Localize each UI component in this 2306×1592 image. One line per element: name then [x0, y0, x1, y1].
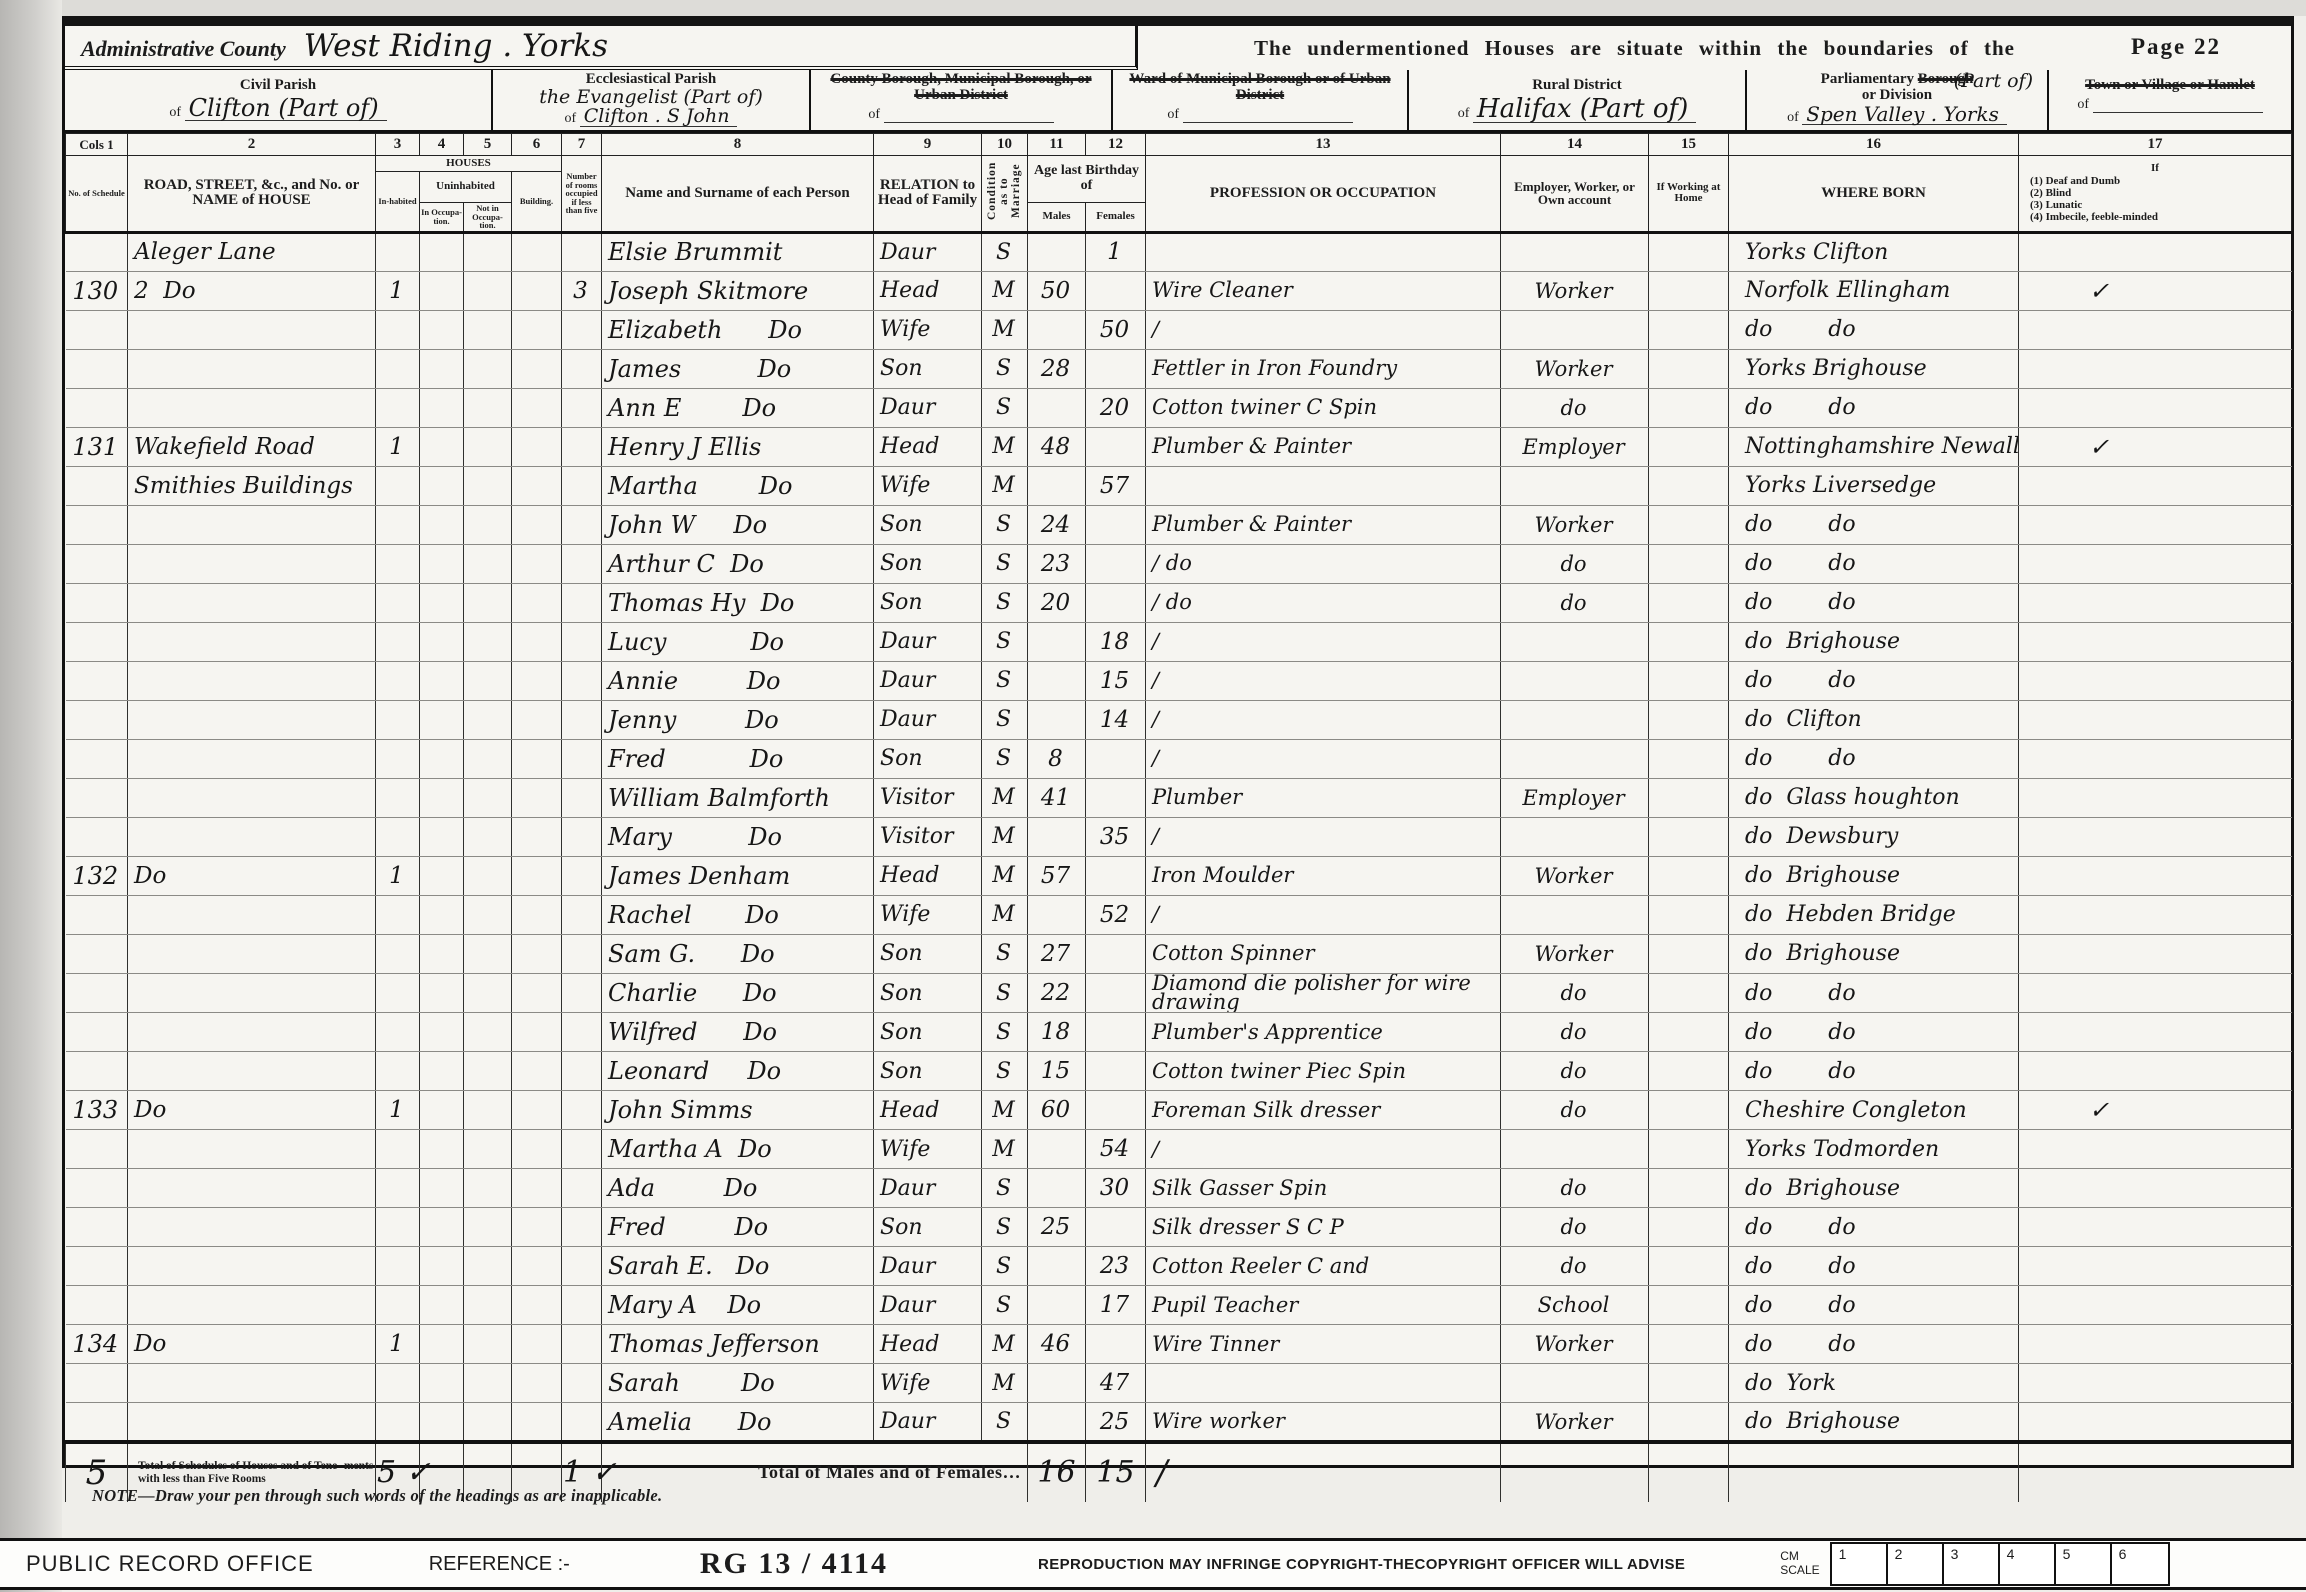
cell-infirmity: [2019, 778, 2292, 817]
cell-home: [1649, 856, 1729, 895]
cell-schedule: [66, 1052, 128, 1091]
cell-infirmity: [2019, 1286, 2292, 1325]
cell-condition: S: [982, 1208, 1028, 1247]
cell-inhabited: [376, 1013, 420, 1052]
cell-not-occupation: [464, 1013, 512, 1052]
col-num: 5: [464, 134, 512, 156]
cell-home: [1649, 739, 1729, 778]
cell-road: [128, 1169, 376, 1208]
cell-not-occupation: [464, 856, 512, 895]
cell-in-occupation: [420, 700, 464, 739]
pro-office-label: PUBLIC RECORD OFFICE: [26, 1551, 314, 1577]
cell-relation: Daur: [874, 1286, 982, 1325]
cell-inhabited: [376, 505, 420, 544]
cm-ruler: 1 2 3 4 5 6: [1830, 1542, 2170, 1586]
cell-road: [128, 661, 376, 700]
cell-inhabited: [376, 934, 420, 973]
table-row: Aleger LaneElsie BrummitDaurS1Yorks Clif…: [66, 232, 2292, 271]
cell-building: [512, 349, 562, 388]
cell-age-f: [1086, 583, 1146, 622]
of-prefix: of: [1167, 107, 1179, 122]
cell-schedule: 131: [66, 427, 128, 466]
cell-name: Thomas Jefferson: [602, 1325, 874, 1364]
cell-occupation: Cotton twiner Piec Spin: [1146, 1052, 1501, 1091]
cell-age-m: [1028, 1247, 1086, 1286]
cell-age-m: 60: [1028, 1091, 1086, 1130]
header-infirmity-item-4: (4) Imbecile, feeble-minded: [2020, 211, 2290, 223]
cell-in-occupation: [420, 427, 464, 466]
cell-in-occupation: [420, 1364, 464, 1403]
cell-rooms: [562, 505, 602, 544]
cell-name: James Do: [602, 349, 874, 388]
cell-age-f: [1086, 427, 1146, 466]
cell-schedule: [66, 1013, 128, 1052]
cell-inhabited: [376, 700, 420, 739]
cell-employer: [1501, 661, 1649, 700]
cell-name: Fred Do: [602, 1208, 874, 1247]
cell-schedule: [66, 700, 128, 739]
cell-age-m: [1028, 310, 1086, 349]
cell-employer: Worker: [1501, 349, 1649, 388]
cell-born: do Brighouse: [1729, 934, 2019, 973]
cell-in-occupation: [420, 661, 464, 700]
cell-in-occupation: [420, 466, 464, 505]
cell-home: [1649, 1247, 1729, 1286]
table-row: Fred DoSonS8∕do do: [66, 739, 2292, 778]
cell-born: do do: [1729, 1325, 2019, 1364]
cell-home: [1649, 778, 1729, 817]
cell-rooms: [562, 661, 602, 700]
cell-relation: Son: [874, 505, 982, 544]
cell-age-m: 23: [1028, 544, 1086, 583]
ecclesiastical-parish-value: Clifton . S John: [580, 107, 738, 127]
county-borough-box: County Borough, Municipal Borough, or Ur…: [811, 70, 1113, 130]
ecclesiastical-parish-box: Ecclesiastical Parish the Evangelist (Pa…: [493, 70, 811, 130]
table-row: Elizabeth DoWifeM50∕do do: [66, 310, 2292, 349]
cell-condition: M: [982, 1325, 1028, 1364]
cell-born: do Brighouse: [1729, 856, 2019, 895]
cell-in-occupation: [420, 817, 464, 856]
cell-building: [512, 271, 562, 310]
header-road: ROAD, STREET, &c., and No. or NAME of HO…: [128, 156, 376, 233]
cell-in-occupation: [420, 349, 464, 388]
table-row: Amelia DoDaurS25Wire workerWorkerdo Brig…: [66, 1403, 2292, 1442]
cell-road: [128, 544, 376, 583]
town-village-label: Town or Village or Hamlet: [2049, 72, 2291, 94]
cell-not-occupation: [464, 349, 512, 388]
cell-rooms: [562, 427, 602, 466]
cell-inhabited: 1: [376, 427, 420, 466]
cell-relation: Son: [874, 1013, 982, 1052]
cell-in-occupation: [420, 271, 464, 310]
cell-age-m: [1028, 388, 1086, 427]
cell-infirmity: [2019, 583, 2292, 622]
cell-age-f: 14: [1086, 700, 1146, 739]
cell-occupation: ∕: [1146, 895, 1501, 934]
cell-age-m: 8: [1028, 739, 1086, 778]
cell-building: [512, 1208, 562, 1247]
cell-schedule: [66, 622, 128, 661]
cell-age-f: [1086, 1052, 1146, 1091]
civil-parish-box: Civil Parish of Clifton (Part of): [65, 70, 493, 130]
cell-relation: Daur: [874, 661, 982, 700]
cell-condition: S: [982, 583, 1028, 622]
situate-line: The undermentioned Houses are situate wi…: [1138, 26, 2131, 70]
cell-condition: S: [982, 1286, 1028, 1325]
cell-rooms: [562, 583, 602, 622]
cell-condition: S: [982, 739, 1028, 778]
table-row: Charlie DoSonS22Diamond die polisher for…: [66, 973, 2292, 1013]
cell-home: [1649, 271, 1729, 310]
cell-not-occupation: [464, 232, 512, 271]
cell-age-m: [1028, 1403, 1086, 1442]
table-row: Leonard DoSonS15Cotton twiner Piec Spind…: [66, 1052, 2292, 1091]
col-num: 16: [1729, 134, 2019, 156]
cell-rooms: [562, 700, 602, 739]
cell-not-occupation: [464, 1052, 512, 1091]
cell-in-occupation: [420, 544, 464, 583]
cell-age-f: [1086, 739, 1146, 778]
cell-born: Yorks Liversedge: [1729, 466, 2019, 505]
cell-rooms: [562, 1052, 602, 1091]
cell-name: Jenny Do: [602, 700, 874, 739]
cell-schedule: [66, 349, 128, 388]
col-num: Cols 1: [66, 134, 128, 156]
cell-road: [128, 1364, 376, 1403]
cell-name: Charlie Do: [602, 973, 874, 1013]
header-inhabited: In-habited: [376, 172, 420, 233]
column-number-row: Cols 1 2 3 4 5 6 7 8 9 10 11 12 13 14 15…: [66, 134, 2292, 156]
cell-age-f: 57: [1086, 466, 1146, 505]
cell-employer: School: [1501, 1286, 1649, 1325]
cell-age-m: 46: [1028, 1325, 1086, 1364]
cell-inhabited: [376, 973, 420, 1013]
cell-road: [128, 505, 376, 544]
cell-inhabited: [376, 1052, 420, 1091]
copyright-warning: REPRODUCTION MAY INFRINGE COPYRIGHT-THEC…: [1038, 1556, 1685, 1573]
cell-age-m: [1028, 1169, 1086, 1208]
cell-occupation: Wire worker: [1146, 1403, 1501, 1442]
cell-occupation: Wire Cleaner: [1146, 271, 1501, 310]
of-prefix: of: [1787, 110, 1799, 125]
cell-name: Ann E Do: [602, 388, 874, 427]
cell-rooms: 3: [562, 271, 602, 310]
cell-occupation: Silk Gasser Spin: [1146, 1169, 1501, 1208]
header-employer: Employer, Worker, or Own account: [1501, 156, 1649, 233]
cell-in-occupation: [420, 310, 464, 349]
totals-empty: [2019, 1442, 2292, 1502]
cell-condition: S: [982, 388, 1028, 427]
cell-condition: S: [982, 544, 1028, 583]
cell-road: [128, 778, 376, 817]
parliamentary-annotation: (Part of): [1954, 70, 2033, 92]
cell-age-f: 35: [1086, 817, 1146, 856]
cell-inhabited: [376, 778, 420, 817]
cell-condition: S: [982, 1169, 1028, 1208]
header-schedule: No. of Schedule: [66, 156, 128, 233]
cell-infirmity: [2019, 700, 2292, 739]
col-num: 12: [1086, 134, 1146, 156]
cell-building: [512, 427, 562, 466]
cell-home: [1649, 427, 1729, 466]
cell-age-m: [1028, 1286, 1086, 1325]
cell-rooms: [562, 739, 602, 778]
cell-occupation: Plumber's Apprentice: [1146, 1013, 1501, 1052]
cell-relation: Head: [874, 856, 982, 895]
col-num: 15: [1649, 134, 1729, 156]
cell-occupation: ∕: [1146, 622, 1501, 661]
cell-not-occupation: [464, 1247, 512, 1286]
cell-name: Mary A Do: [602, 1286, 874, 1325]
cell-schedule: 130: [66, 271, 128, 310]
administrative-county-box: Administrative County West Riding . York…: [65, 26, 1138, 70]
cell-born: Norfolk Ellingham: [1729, 271, 2019, 310]
cell-age-f: 23: [1086, 1247, 1146, 1286]
parliamentary-box: (Part of) Parliamentary Borough or Divis…: [1747, 70, 2049, 130]
cell-condition: M: [982, 1364, 1028, 1403]
cell-building: [512, 934, 562, 973]
cell-schedule: [66, 1208, 128, 1247]
cell-employer: Worker: [1501, 1325, 1649, 1364]
cell-employer: Worker: [1501, 934, 1649, 973]
header-infirmity-title: If: [2020, 163, 2290, 175]
cell-rooms: [562, 622, 602, 661]
cell-age-m: 15: [1028, 1052, 1086, 1091]
header-home: If Working at Home: [1649, 156, 1729, 233]
cell-infirmity: [2019, 895, 2292, 934]
cell-rooms: [562, 232, 602, 271]
cell-born: do do: [1729, 544, 2019, 583]
cell-in-occupation: [420, 1013, 464, 1052]
cell-home: [1649, 817, 1729, 856]
cell-born: do do: [1729, 505, 2019, 544]
cell-home: [1649, 973, 1729, 1013]
cell-not-occupation: [464, 817, 512, 856]
cell-name: Rachel Do: [602, 895, 874, 934]
cell-home: [1649, 544, 1729, 583]
parliamentary-value-line: of Spen Valley . Yorks: [1747, 104, 2047, 126]
of-prefix: of: [169, 105, 181, 120]
cell-schedule: [66, 1286, 128, 1325]
table-header: Cols 1 2 3 4 5 6 7 8 9 10 11 12 13 14 15…: [66, 134, 2292, 233]
cell-not-occupation: [464, 388, 512, 427]
table-row: Rachel DoWifeM52∕do Hebden Bridge: [66, 895, 2292, 934]
cell-name: Leonard Do: [602, 1052, 874, 1091]
cell-schedule: [66, 544, 128, 583]
of-prefix: of: [565, 111, 577, 126]
cell-relation: Wife: [874, 466, 982, 505]
cell-inhabited: [376, 583, 420, 622]
cell-infirmity: [2019, 1052, 2292, 1091]
cell-not-occupation: [464, 1403, 512, 1442]
town-village-value-line: of: [2049, 96, 2291, 113]
of-prefix: of: [2077, 97, 2089, 112]
cell-relation: Wife: [874, 1364, 982, 1403]
cell-occupation: Foreman Silk dresser: [1146, 1091, 1501, 1130]
cell-born: do Clifton: [1729, 700, 2019, 739]
cell-born: Cheshire Congleton: [1729, 1091, 2019, 1130]
col-num: 6: [512, 134, 562, 156]
cell-road: [128, 622, 376, 661]
cell-in-occupation: [420, 232, 464, 271]
cell-rooms: [562, 778, 602, 817]
cell-rooms: [562, 544, 602, 583]
header-building: Building.: [512, 172, 562, 233]
cell-born: do do: [1729, 310, 2019, 349]
cell-road: [128, 1286, 376, 1325]
cell-age-m: 18: [1028, 1013, 1086, 1052]
cell-in-occupation: [420, 505, 464, 544]
cell-employer: Worker: [1501, 271, 1649, 310]
cell-inhabited: [376, 622, 420, 661]
cell-employer: do: [1501, 1169, 1649, 1208]
cell-relation: Son: [874, 583, 982, 622]
cell-age-m: [1028, 622, 1086, 661]
table-row: Sam G. DoSonS27Cotton SpinnerWorkerdo Br…: [66, 934, 2292, 973]
cell-age-m: [1028, 232, 1086, 271]
cell-inhabited: [376, 1130, 420, 1169]
cell-employer: do: [1501, 1208, 1649, 1247]
table-row: Fred DoSonS25Silk dresser S C Pdodo do: [66, 1208, 2292, 1247]
cell-inhabited: [376, 739, 420, 778]
cell-home: [1649, 1130, 1729, 1169]
cell-home: [1649, 1208, 1729, 1247]
census-sheet: Administrative County West Riding . York…: [62, 16, 2294, 1468]
cell-not-occupation: [464, 622, 512, 661]
cell-inhabited: 1: [376, 1325, 420, 1364]
cell-rooms: [562, 1208, 602, 1247]
col-num: 11: [1028, 134, 1086, 156]
cell-building: [512, 661, 562, 700]
table-row: Martha A DoWifeM54∕Yorks Todmorden: [66, 1130, 2292, 1169]
cell-name: Amelia Do: [602, 1403, 874, 1442]
cell-road: [128, 310, 376, 349]
col-num: 9: [874, 134, 982, 156]
cell-relation: Visitor: [874, 817, 982, 856]
cell-in-occupation: [420, 973, 464, 1013]
totals-males-females-label: Total of Males and of Females…: [602, 1442, 1028, 1502]
cell-building: [512, 1325, 562, 1364]
cell-employer: [1501, 232, 1649, 271]
cell-born: do do: [1729, 1286, 2019, 1325]
table-row: Ann E DoDaurS20Cotton twiner C Spindodo …: [66, 388, 2292, 427]
cell-home: [1649, 1169, 1729, 1208]
cell-age-m: [1028, 895, 1086, 934]
cell-road: 2 Do: [128, 271, 376, 310]
cell-born: do do: [1729, 1247, 2019, 1286]
cell-in-occupation: [420, 583, 464, 622]
cell-inhabited: [376, 895, 420, 934]
cell-road: [128, 934, 376, 973]
cell-not-occupation: [464, 700, 512, 739]
cell-name: Sarah Do: [602, 1364, 874, 1403]
cell-occupation: ∕: [1146, 661, 1501, 700]
parliamentary-label-pre: Parliamentary: [1821, 71, 1918, 87]
cell-age-m: 25: [1028, 1208, 1086, 1247]
cell-employer: [1501, 1364, 1649, 1403]
cell-rooms: [562, 388, 602, 427]
cell-condition: M: [982, 1130, 1028, 1169]
cell-name: Fred Do: [602, 739, 874, 778]
table-row: Jenny DoDaurS14∕do Clifton: [66, 700, 2292, 739]
cell-not-occupation: [464, 1169, 512, 1208]
cell-road: Do: [128, 1091, 376, 1130]
cell-age-f: 30: [1086, 1169, 1146, 1208]
cell-rooms: [562, 1403, 602, 1442]
cell-rooms: [562, 1325, 602, 1364]
cell-schedule: 133: [66, 1091, 128, 1130]
header-infirmity-item-2: (2) Blind: [2020, 187, 2290, 199]
cell-name: Annie Do: [602, 661, 874, 700]
blank-underline: [1183, 106, 1353, 123]
table-row: Mary A DoDaurS17Pupil TeacherSchooldo do: [66, 1286, 2292, 1325]
cell-born: do do: [1729, 661, 2019, 700]
cell-employer: do: [1501, 1013, 1649, 1052]
table-row: Ada DoDaurS30Silk Gasser Spindodo Brigho…: [66, 1169, 2292, 1208]
cell-not-occupation: [464, 739, 512, 778]
cell-in-occupation: [420, 622, 464, 661]
cell-age-f: 52: [1086, 895, 1146, 934]
totals-empty: [1501, 1442, 1649, 1502]
ecclesiastical-parish-value-line: of Clifton . S John: [493, 107, 809, 127]
cell-schedule: [66, 1364, 128, 1403]
cell-inhabited: [376, 466, 420, 505]
totals-empty: [1649, 1442, 1729, 1502]
cell-condition: S: [982, 973, 1028, 1013]
cell-employer: do: [1501, 388, 1649, 427]
cell-not-occupation: [464, 973, 512, 1013]
cell-occupation: ∕: [1146, 310, 1501, 349]
header-occupation: PROFESSION OR OCCUPATION: [1146, 156, 1501, 233]
cell-infirmity: [2019, 739, 2292, 778]
table-row: 133Do1John SimmsHeadM60Foreman Silk dres…: [66, 1091, 2292, 1130]
cell-in-occupation: [420, 1052, 464, 1091]
cell-born: do Brighouse: [1729, 1403, 2019, 1442]
table-row: Sarah E. DoDaurS23Cotton Reeler C anddod…: [66, 1247, 2292, 1286]
cell-infirmity: [2019, 856, 2292, 895]
ruler-cell: 3: [1944, 1544, 2000, 1584]
cell-road: [128, 1013, 376, 1052]
cell-not-occupation: [464, 1364, 512, 1403]
cell-born: do do: [1729, 739, 2019, 778]
blank-underline: [2093, 96, 2263, 113]
cell-in-occupation: [420, 778, 464, 817]
cell-condition: S: [982, 1403, 1028, 1442]
header-houses-group: HOUSES: [376, 156, 562, 172]
cell-inhabited: [376, 1364, 420, 1403]
table-row: 131Wakefield Road1Henry J EllisHeadM48Pl…: [66, 427, 2292, 466]
cell-road: [128, 739, 376, 778]
cell-age-f: [1086, 544, 1146, 583]
county-borough-label: County Borough, Municipal Borough, or Ur…: [811, 72, 1111, 104]
cell-employer: [1501, 817, 1649, 856]
cell-relation: Wife: [874, 895, 982, 934]
cell-infirmity: [2019, 1403, 2292, 1442]
cell-relation: Wife: [874, 1130, 982, 1169]
cell-name: Sam G. Do: [602, 934, 874, 973]
cell-not-occupation: [464, 271, 512, 310]
civil-parish-value: Clifton (Part of): [185, 96, 387, 121]
table-row: Arthur C DoSonS23∕ dododo do: [66, 544, 2292, 583]
cell-home: [1649, 505, 1729, 544]
cell-infirmity: [2019, 1130, 2292, 1169]
cell-relation: Son: [874, 739, 982, 778]
cell-schedule: [66, 895, 128, 934]
cell-rooms: [562, 856, 602, 895]
cell-in-occupation: [420, 1403, 464, 1442]
cell-name: Elizabeth Do: [602, 310, 874, 349]
table-row: Lucy DoDaurS18∕do Brighouse: [66, 622, 2292, 661]
